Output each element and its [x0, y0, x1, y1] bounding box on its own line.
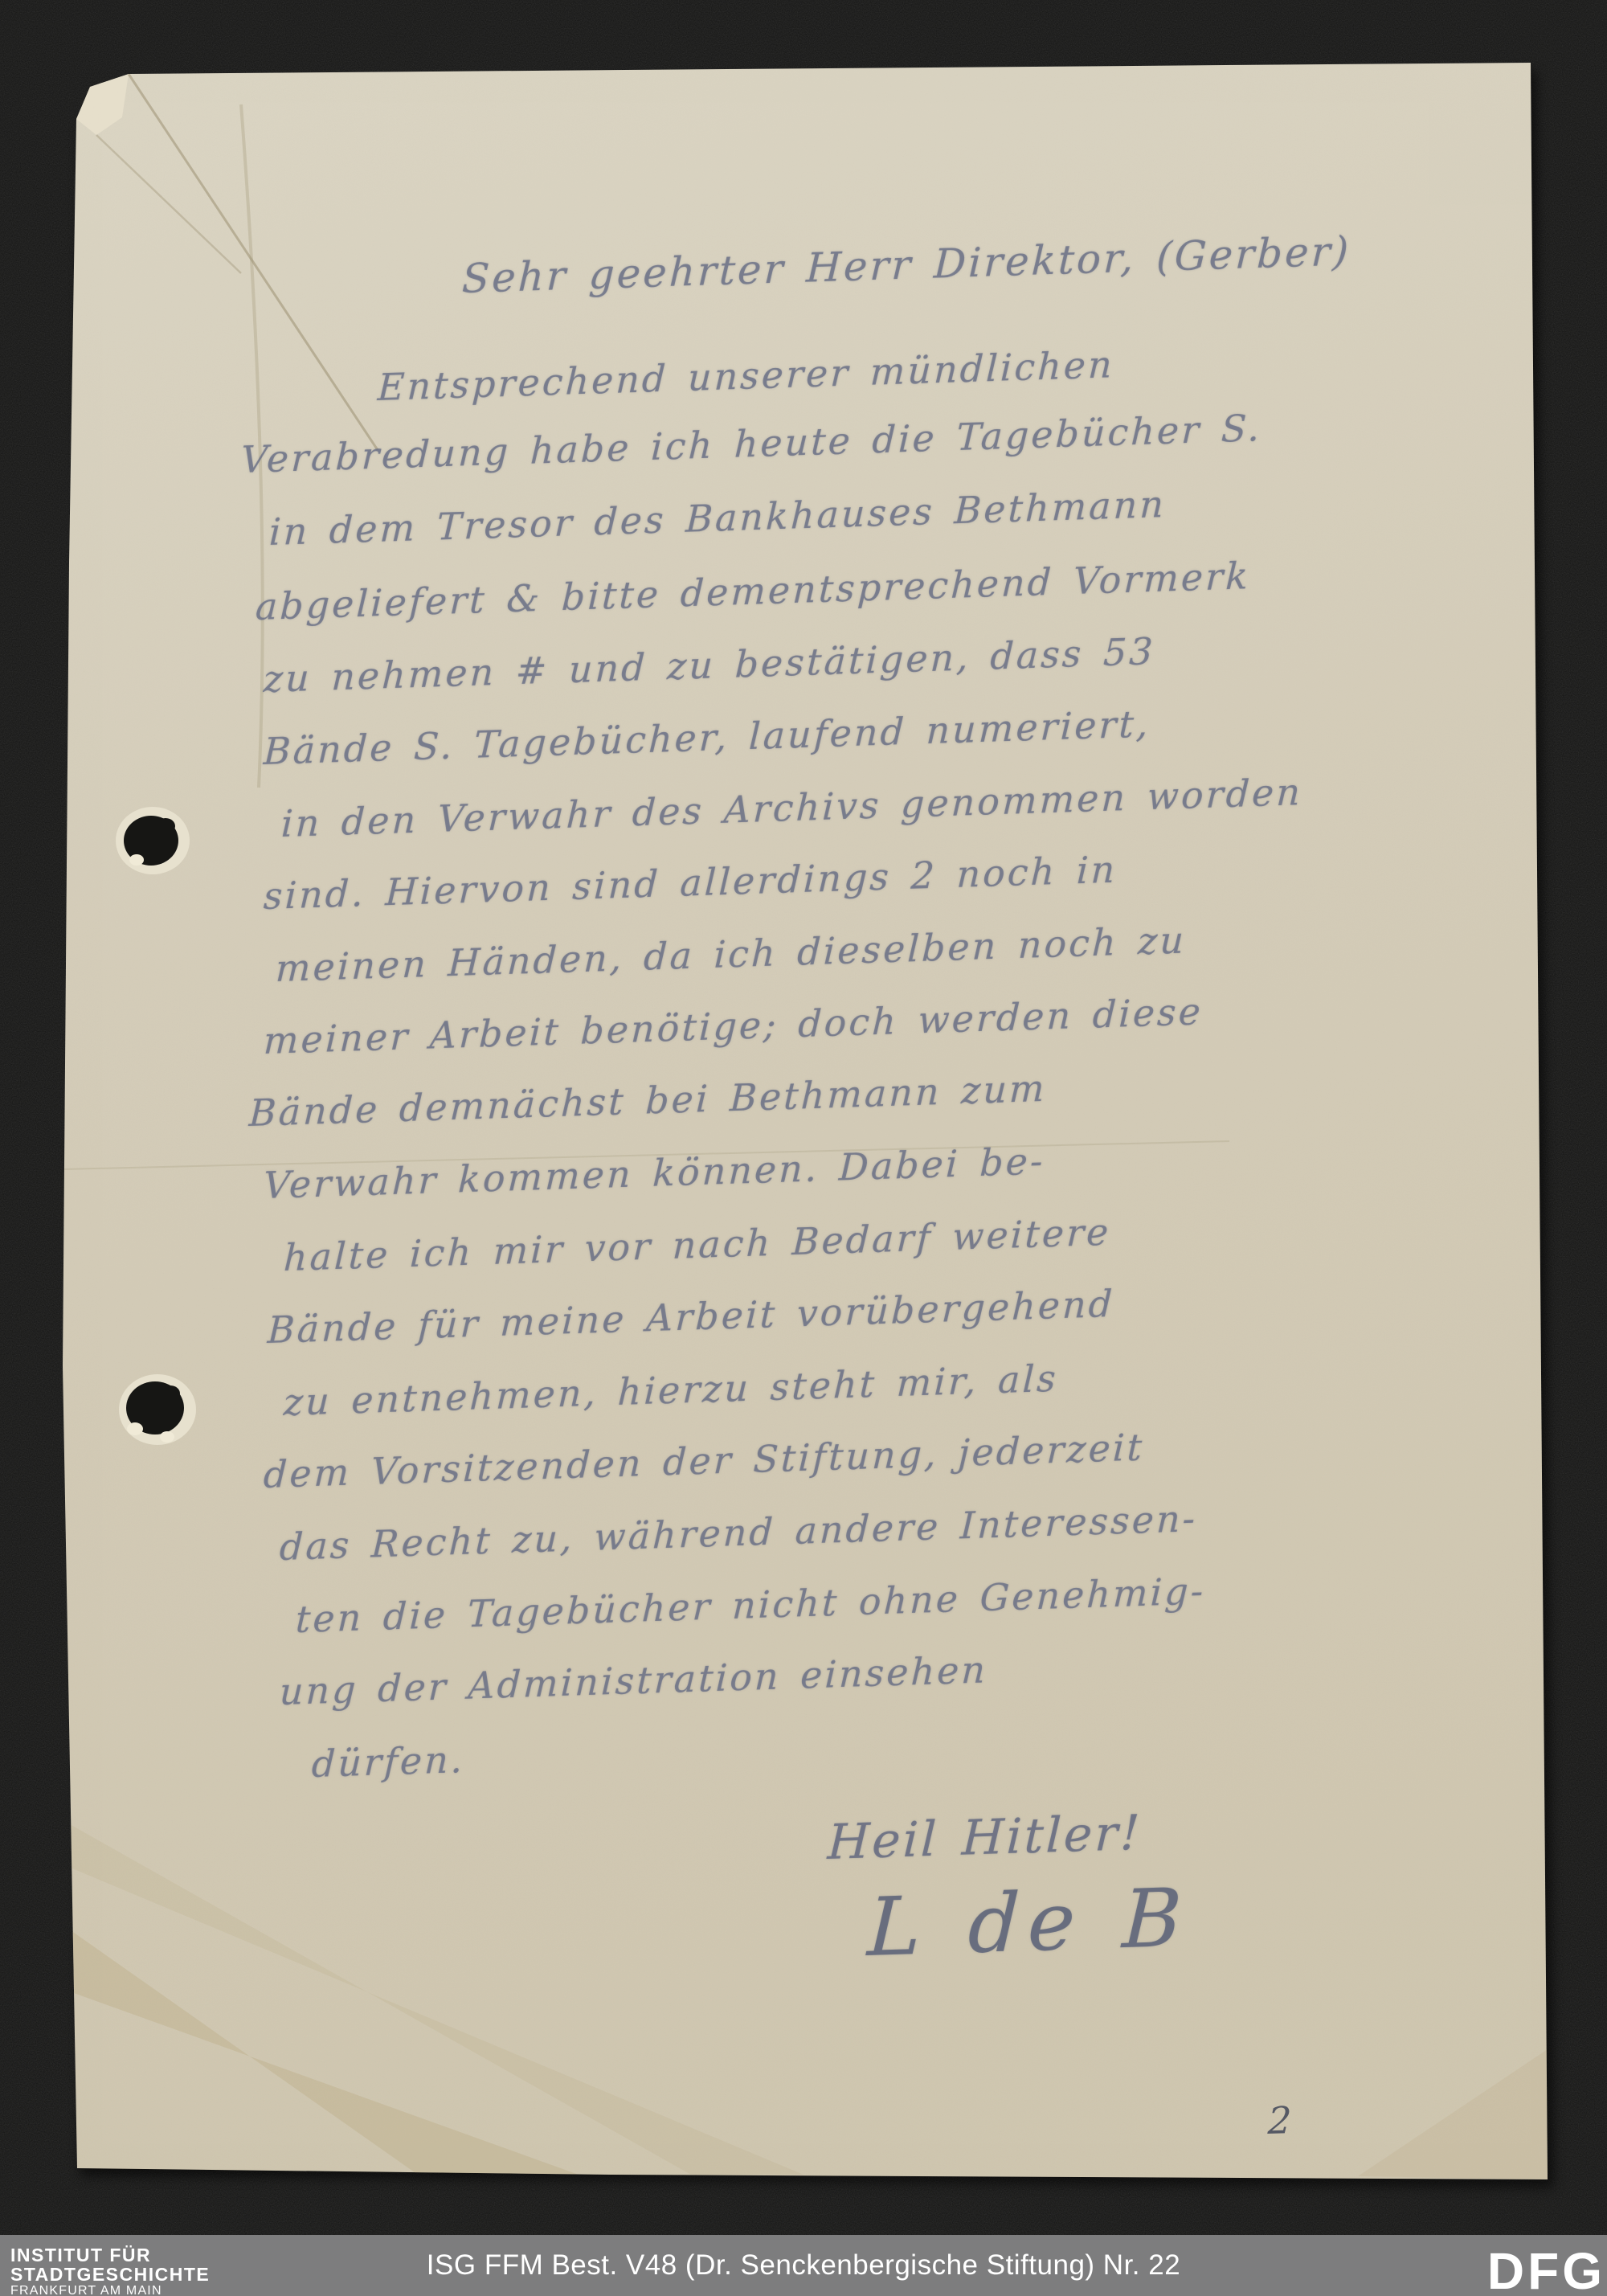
scan-canvas: Sehr geehrter Herr Direktor, (Gerber) En… — [0, 0, 1607, 2296]
punch-hole-top — [116, 807, 190, 874]
punch-hole-bottom — [119, 1374, 196, 1445]
dfg-logo: DFG — [1487, 2241, 1605, 2296]
scan-artwork — [0, 0, 1607, 2296]
archive-caption: ISG FFM Best. V48 (Dr. Senckenbergische … — [0, 2235, 1607, 2296]
caption-bar: INSTITUT FÜR STADTGESCHICHTE FRANKFURT A… — [0, 2235, 1607, 2296]
